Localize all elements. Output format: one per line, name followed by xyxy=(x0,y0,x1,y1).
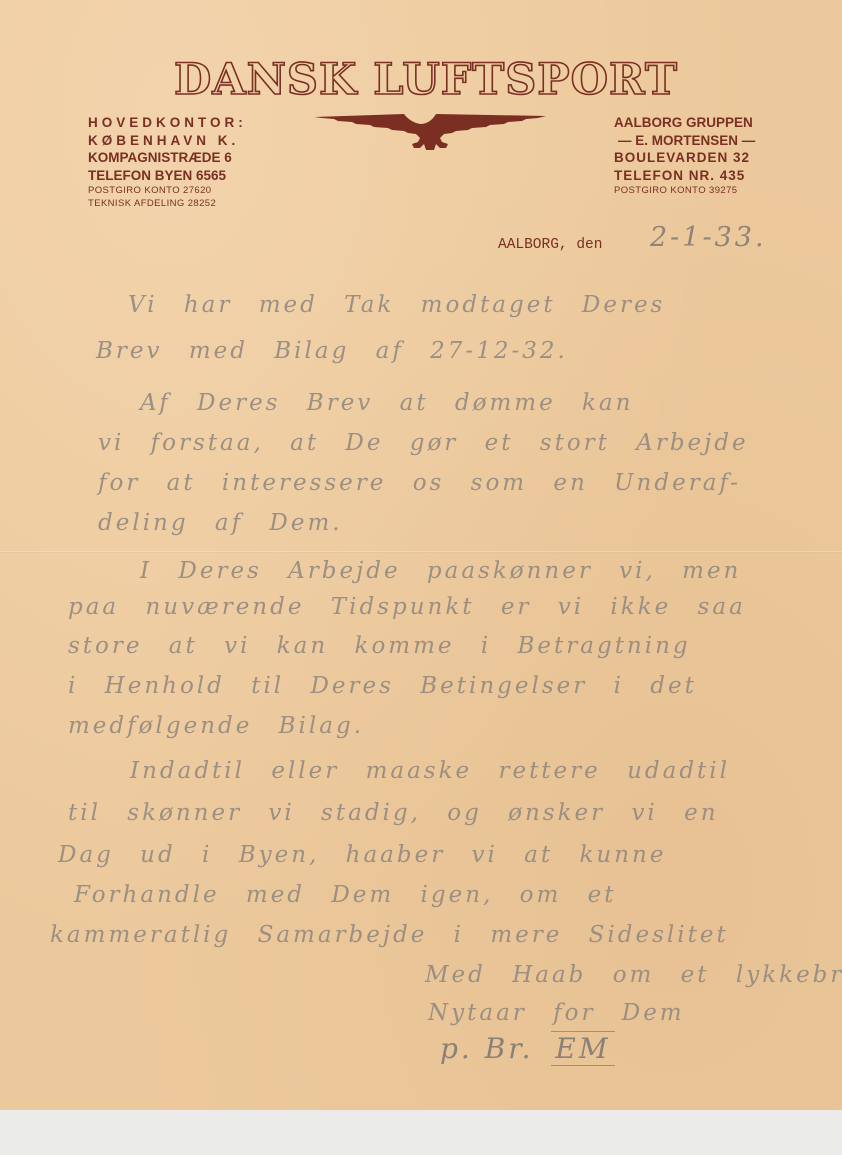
body-line: i Henhold til Deres Betingelser i det xyxy=(68,673,697,699)
closing-line: Med Haab om et lykkebringende xyxy=(425,962,842,988)
letter-page: DANSK LUFTSPORT HOVEDKONTOR: KØBENHAVN K… xyxy=(0,0,842,1110)
winged-emblem-icon xyxy=(312,112,548,154)
signature-initials: EM xyxy=(551,1031,614,1066)
body-line: paa nuværende Tidspunkt er vi ikke saa xyxy=(68,594,746,620)
body-line: Af Deres Brev at dømme kan xyxy=(140,390,633,416)
technical-dept: TEKNISK AFDELING 28252 xyxy=(88,199,247,209)
aalborg-group-address: AALBORG GRUPPEN — E. MORTENSEN — BOULEVA… xyxy=(614,116,755,199)
body-line: I Deres Arbejde paaskønner vi, men xyxy=(140,558,741,584)
closing-line: Nytaar for Dem xyxy=(428,1000,685,1026)
body-line: Vi har med Tak modtaget Deres xyxy=(128,292,665,318)
group-contact: — E. MORTENSEN — xyxy=(614,134,755,148)
body-line: for at interessere os som en Underaf- xyxy=(98,470,741,496)
signature-prefix: p. Br. xyxy=(440,1032,534,1065)
body-line: Indadtil eller maaske rettere udadtil xyxy=(130,758,730,784)
group-phone: TELEFON NR. 435 xyxy=(614,169,755,183)
body-line: Forhandle med Dem igen, om et xyxy=(74,882,616,908)
signature: p. Br. EM xyxy=(440,1032,615,1065)
head-office-phone: TELEFON BYEN 6565 xyxy=(88,169,247,183)
group-giro: POSTGIRO KONTO 39275 xyxy=(614,186,755,196)
body-line: kammeratlig Samarbejde i mere Sideslitet xyxy=(50,922,729,948)
group-street: BOULEVARDEN 32 xyxy=(614,151,755,165)
body-line: til skønner vi stadig, og ønsker vi en xyxy=(68,800,719,826)
body-line: Brev med Bilag af 27-12-32. xyxy=(96,338,568,364)
group-name: AALBORG GRUPPEN xyxy=(614,116,755,130)
printed-dateline: AALBORG, den xyxy=(498,237,602,253)
body-line: vi forstaa, at De gør et stort Arbejde xyxy=(98,430,749,456)
fold-crease xyxy=(0,551,842,553)
head-office-address: HOVEDKONTOR: KØBENHAVN K. KOMPAGNISTRÆDE… xyxy=(88,116,247,211)
handwritten-date: 2-1-33. xyxy=(650,222,767,253)
body-line: deling af Dem. xyxy=(98,510,343,536)
body-line: medfølgende Bilag. xyxy=(68,713,364,739)
head-office-giro: POSTGIRO KONTO 27620 xyxy=(88,186,247,196)
head-office-city: KØBENHAVN K. xyxy=(88,134,247,148)
head-office-label: HOVEDKONTOR: xyxy=(88,116,247,130)
body-line: store at vi kan komme i Betragtning xyxy=(68,633,691,659)
head-office-street: KOMPAGNISTRÆDE 6 xyxy=(88,151,247,165)
letterhead-title: DANSK LUFTSPORT xyxy=(0,55,842,105)
body-line: Dag ud i Byen, haaber vi at kunne xyxy=(58,842,666,868)
